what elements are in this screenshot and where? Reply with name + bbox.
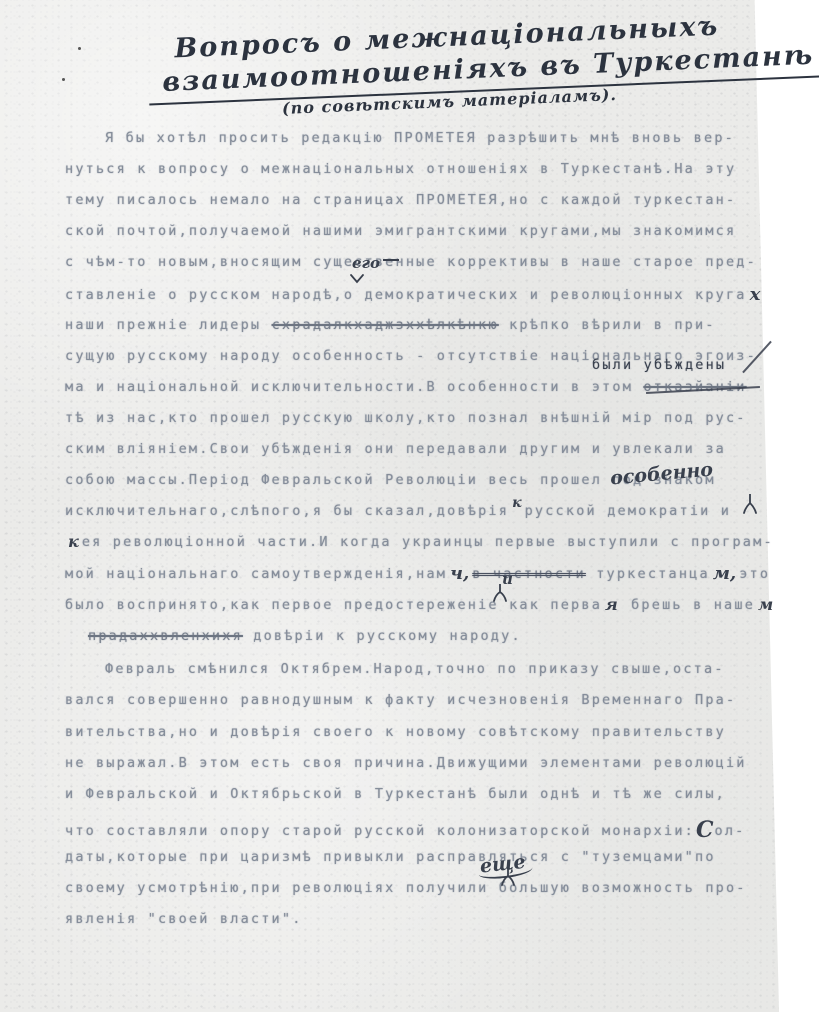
typed-text: нуться к вопросу о межнаціональных отнош… [65,161,736,177]
struckout-text: схрадалкхаджзххѣлкѣнкю [272,317,499,333]
typed-line: вался совершенно равнодушным к факту исч… [65,689,736,708]
caret-icon [350,274,364,284]
typed-text: не выражал.В этом есть своя причина.Движ… [65,755,747,771]
typed-text: что составляли опору старой русской коло… [65,823,695,839]
typed-line: Февраль смѣнился Октябрем.Народ,точно по… [105,658,725,677]
typed-line: вительства,но и довѣрія своего к новому … [65,721,726,740]
handwritten-correction: ч, [450,563,469,584]
typed-line: прадаххвленхихя довѣріи к русскому народ… [88,625,522,644]
handwritten-insertion-text: его [352,254,380,272]
handwritten-correction: к [512,495,521,511]
typed-text: ея революціонной части.И когда украинцы … [82,534,774,550]
handwritten-correction: м, [713,563,736,584]
typed-line: исключительнаго,слѣпого,я бы сказал,довѣ… [65,500,731,519]
typed-text: брешь в наше [621,597,755,613]
paper-speck [78,47,81,50]
typed-text: явленія "своей власти". [65,911,303,927]
struckout-text: в частности [472,566,586,582]
typed-text: и Февральской и Октябрьской в Туркестанѣ… [65,786,726,802]
typed-text: даты,которые при царизмѣ привыкли распра… [65,849,716,865]
typed-line: что составляли опору старой русской коло… [65,815,746,841]
typed-line: и Февральской и Октябрьской в Туркестанѣ… [65,783,726,802]
typed-text: туркестанца [586,566,710,582]
typed-text: тему писалось немало на страницах ПРОМЕТ… [65,192,736,208]
typed-text: наши прежніе лидеры [65,317,272,333]
typed-text: вался совершенно равнодушным к факту исч… [65,692,736,708]
struckout-text: прадаххвленхихя [88,628,243,644]
typed-text: русской демократіи и [525,503,732,519]
typed-interline-insertion: были убѣждены [592,357,726,373]
typed-text: мой національнаго самоутвержденія,нам [65,566,447,582]
typed-line: было воспринято,как первое предостережен… [65,594,776,613]
typed-text: Февраль смѣнился Октябрем.Народ,точно по… [105,661,725,677]
typed-text: вительства,но и довѣрія своего к новому … [65,724,726,740]
typed-text: тѣ из нас,кто прошел русскую школу,кто п… [65,410,747,426]
handwritten-correction: С [696,817,714,843]
handwritten-correction: к [68,532,79,551]
typed-text: крѣпко вѣрили в при- [499,317,716,333]
typed-line: ма и національной исключительности.В осо… [65,376,747,395]
typed-line: не выражал.В этом есть своя причина.Движ… [65,752,747,771]
typed-line: тему писалось немало на страницах ПРОМЕТ… [65,189,736,208]
document-scan-page: Вопросъ о межнаціональныхъ взаимоотношен… [0,0,819,1012]
typed-line: нуться к вопросу о межнаціональных отнош… [65,158,736,177]
typed-line: тѣ из нас,кто прошел русскую школу,кто п… [65,407,747,426]
typed-line: явленія "своей власти". [65,908,303,927]
handwritten-insertion-ego: его [352,254,399,272]
fork-caret-icon [500,868,516,886]
handwritten-correction: х [750,284,761,305]
typed-line: даты,которые при царизмѣ привыкли распра… [65,846,716,865]
typed-line: Я бы хотѣл просить редакцію ПРОМЕТЕЯ раз… [105,127,735,146]
typed-text: исключительнаго,слѣпого,я бы сказал,довѣ… [65,503,509,519]
typed-line: своему усмотрѣнію,при революціях получил… [65,877,747,896]
typed-text: ской почтой,получаемой нашими эмигрантск… [65,223,736,239]
typed-text: это [739,566,770,582]
insertion-stroke [383,259,399,261]
typed-line: с чѣм-то новым,вносящим существенные кор… [65,251,757,270]
handwritten-correction: я [605,595,618,614]
typed-text: ол- [715,823,746,839]
typed-text: Я бы хотѣл просить редакцію ПРОМЕТЕЯ раз… [105,130,735,146]
paper-speck [62,78,65,81]
typed-text: ставленіе о русском народѣ,о демократиче… [65,287,747,303]
typed-line: ставленіе о русском народѣ,о демократиче… [65,283,763,304]
typed-line: кея революціонной части.И когда украинцы… [65,531,774,550]
typed-text: с чѣм-то новым,вносящим существенные кор… [65,254,757,270]
typed-text: ма и національной исключительности.В осо… [65,379,643,395]
typed-text: было воспринято,как первое предостережен… [65,597,602,613]
typed-text: ским вліяніем.Свои убѣжденія они передав… [65,441,726,457]
typed-text: довѣріи к русскому народу. [243,628,522,644]
typed-text: своему усмотрѣнію,при революціях получил… [65,880,747,896]
typed-line: наши прежніе лидеры схрадалкхаджзххѣлкѣн… [65,314,716,333]
fork-caret-icon [492,584,508,602]
typed-line: ским вліяніем.Свои убѣжденія они передав… [65,438,726,457]
fork-caret-icon [742,494,758,514]
typed-line: ской почтой,получаемой нашими эмигрантск… [65,220,736,239]
typed-line: мой національнаго самоутвержденія,намч,в… [65,562,770,583]
handwritten-correction: м [758,595,773,614]
